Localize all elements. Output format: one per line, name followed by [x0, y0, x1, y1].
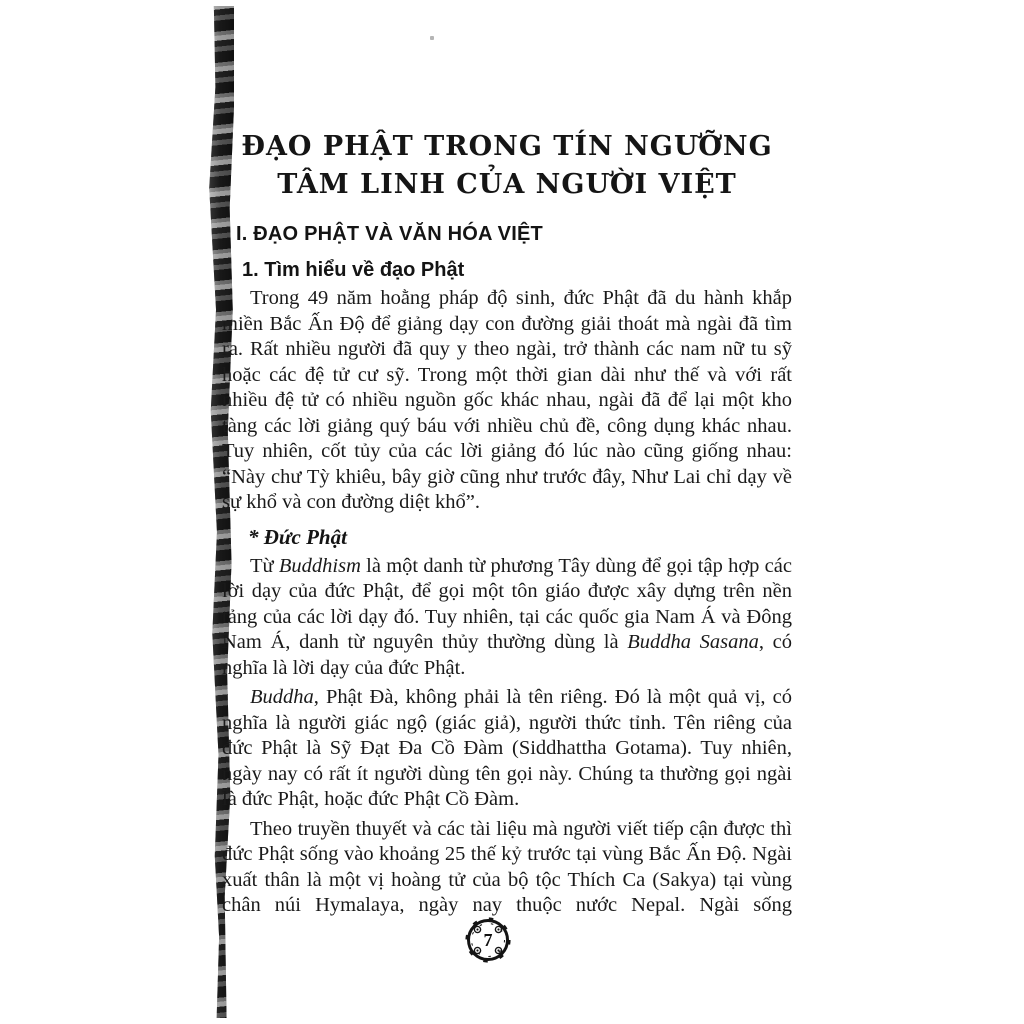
paragraph-buddha-life: Theo truyền thuyết và các tài liệu mà ng… — [222, 817, 792, 919]
paragraph-buddha-meaning: Buddha, Phật Đà, không phải là tên riêng… — [222, 685, 792, 813]
chapter-title-line1: ĐẠO PHẬT TRONG TÍN NGƯỠNG — [222, 128, 792, 166]
book-page-scan: ĐẠO PHẬT TRONG TÍN NGƯỠNG TÂM LINH CỦA N… — [0, 0, 1024, 1024]
chapter-title: ĐẠO PHẬT TRONG TÍN NGƯỠNG TÂM LINH CỦA N… — [222, 128, 792, 204]
subheading-duc-phat: * Đức Phật — [248, 524, 792, 550]
paragraph-buddhism-term: Từ Buddhism là một danh từ phương Tây dù… — [222, 554, 792, 682]
page-number: 7 — [484, 930, 493, 950]
section-heading: I. ĐẠO PHẬT VÀ VĂN HÓA VIỆT — [236, 222, 792, 246]
paragraph-intro: Trong 49 năm hoằng pháp độ sinh, đức Phậ… — [222, 286, 792, 516]
page-number-ornament: 7 — [464, 916, 512, 964]
page-content: ĐẠO PHẬT TRONG TÍN NGƯỠNG TÂM LINH CỦA N… — [222, 0, 792, 919]
chapter-title-line2: TÂM LINH CỦA NGƯỜI VIỆT — [222, 166, 792, 204]
page-number-badge: 7 — [464, 916, 512, 964]
subsection-heading: 1. Tìm hiểu về đạo Phật — [242, 258, 792, 282]
